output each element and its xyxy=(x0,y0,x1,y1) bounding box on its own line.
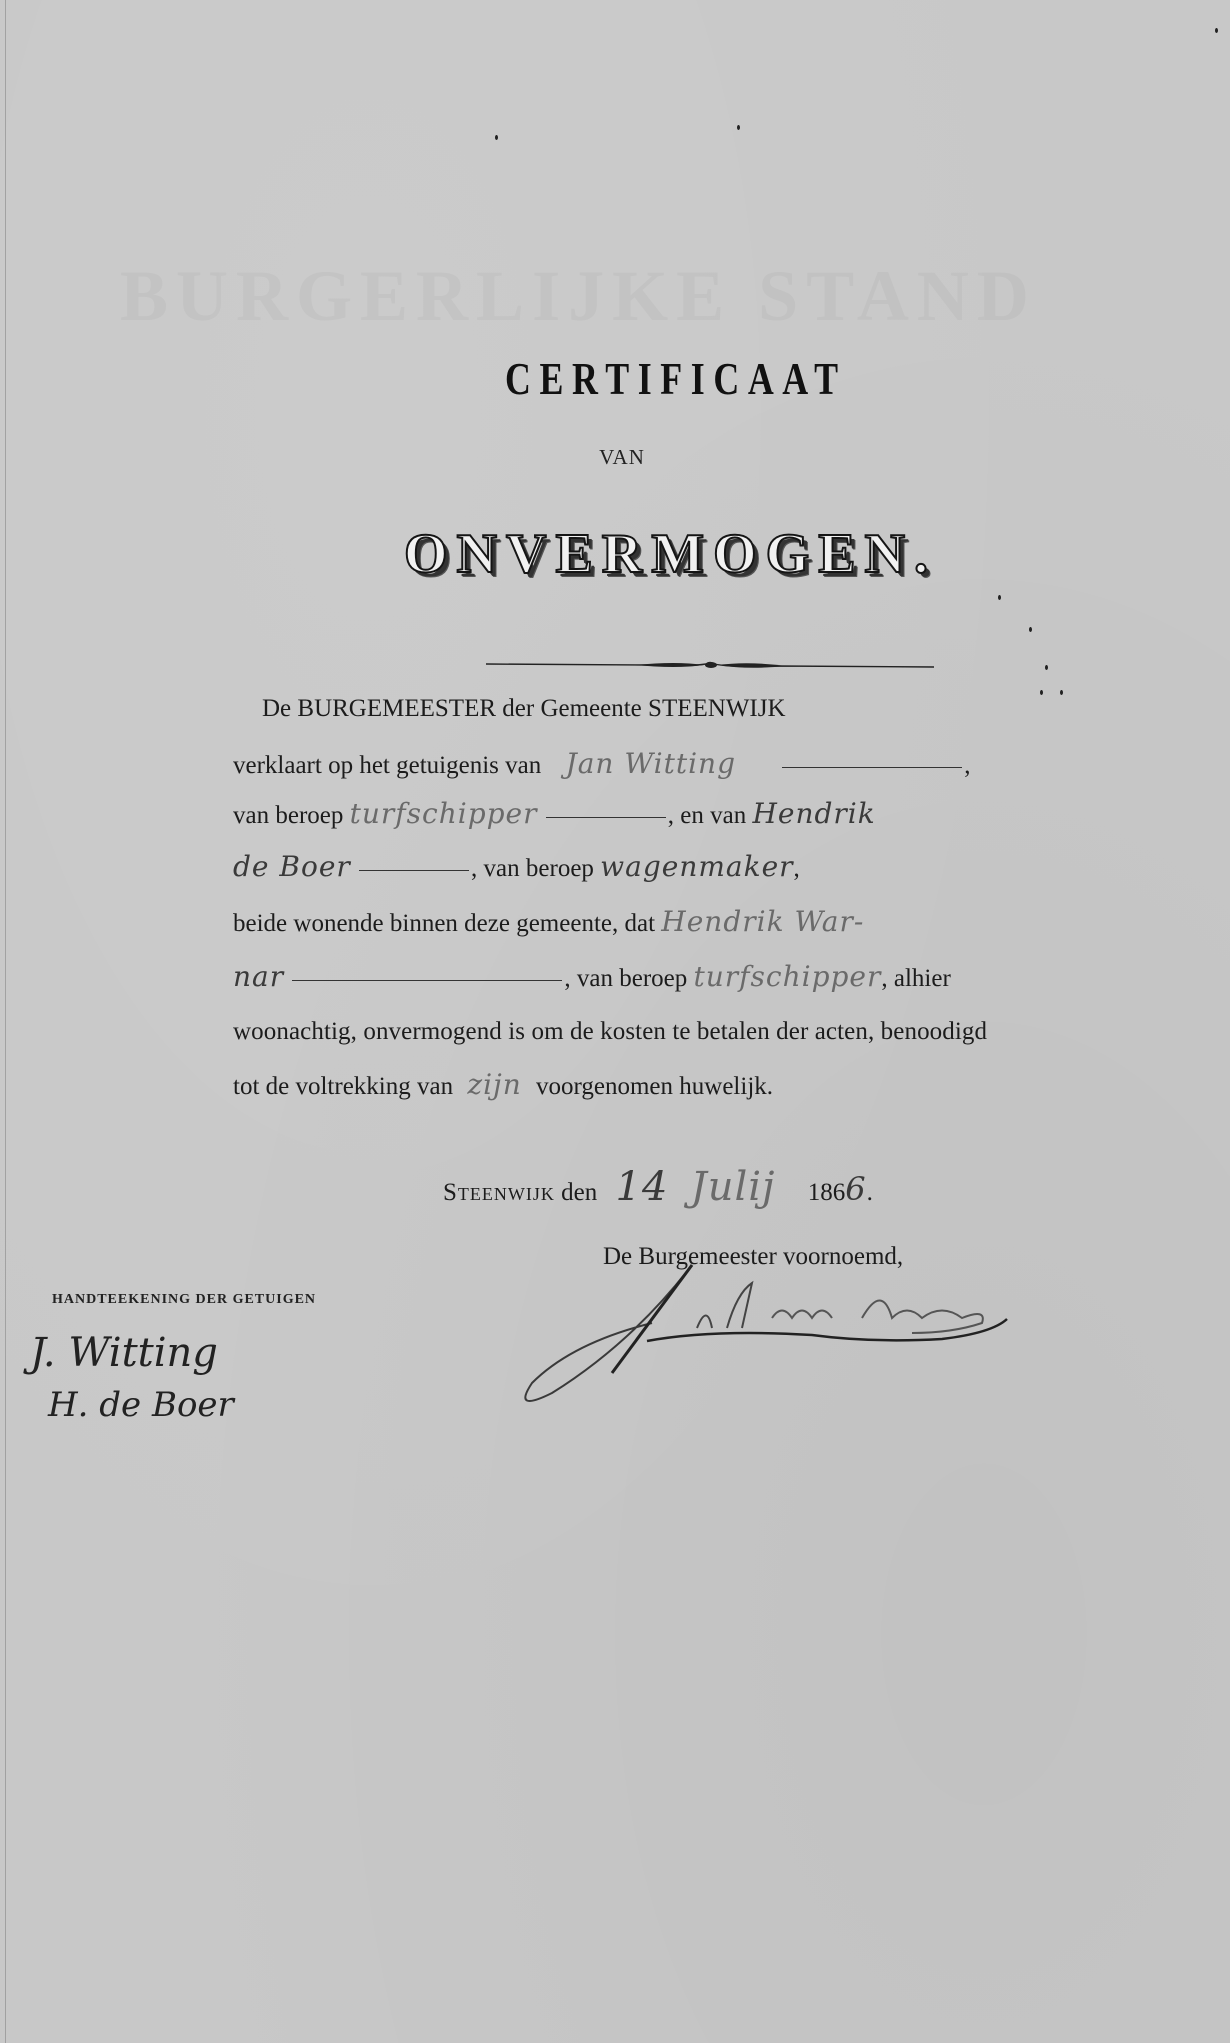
witness2-name-field-part1: Hendrik xyxy=(752,797,875,830)
place-name: Steenwijk xyxy=(443,1179,555,1206)
date-year-digit-field: 6 xyxy=(845,1170,866,1208)
ink-speck xyxy=(1045,665,1048,670)
witness-signature-1: J. Witting xyxy=(30,1330,218,1376)
witness2-name-field-part2: de Boer xyxy=(233,850,351,883)
fill-line xyxy=(782,767,962,768)
ink-speck xyxy=(1215,28,1218,33)
fill-line xyxy=(292,980,562,981)
document-subtitle: ONVERMOGEN. xyxy=(404,522,937,586)
body-line-1: De BURGEMEESTER der Gemeente STEENWIJK xyxy=(262,694,786,724)
mayor-title: BURGEMEESTER xyxy=(297,695,496,722)
bleed-through-text: BURGERLIJKE STAND xyxy=(120,255,1080,338)
ornamental-rule-icon xyxy=(486,658,934,672)
title-connector: VAN xyxy=(0,445,1230,470)
date-month-field: Julij xyxy=(691,1164,776,1210)
pronoun-field: zijn xyxy=(467,1068,521,1101)
body-line-7: woonachtig, onvermogend is om de kosten … xyxy=(233,1017,987,1047)
body-line-2: verklaart op het getuigenis van Jan Witt… xyxy=(233,749,971,781)
body-line-3: van beroep turfschipper , en van Hendrik xyxy=(233,799,876,831)
ink-speck xyxy=(1029,627,1032,632)
ink-speck xyxy=(1040,690,1043,695)
ink-speck xyxy=(1060,690,1063,695)
witness1-occupation-field: turfschipper xyxy=(350,797,538,830)
subject-name-field-part2: nar xyxy=(233,960,284,993)
fill-line xyxy=(359,870,469,871)
witness1-name-field: Jan Witting xyxy=(565,747,736,780)
body-line-5: beide wonende binnen deze gemeente, dat … xyxy=(233,907,864,939)
subject-name-field-part1: Hendrik War- xyxy=(661,905,864,938)
mayor-signature: J. v. Riesen xyxy=(512,1263,1032,1408)
fill-line xyxy=(546,817,666,818)
ink-speck xyxy=(998,595,1001,600)
ink-speck xyxy=(495,135,498,140)
document-title: CERTIFICAAT xyxy=(505,352,847,405)
subject-occupation-field: turfschipper xyxy=(694,960,882,993)
body-line-6: nar , van beroep turfschipper, alhier xyxy=(233,962,951,994)
municipality-name: STEENWIJK xyxy=(648,695,785,722)
dateline: Steenwijk den 14 Julij 1866. xyxy=(443,1172,873,1208)
witnesses-heading: HANDTEEKENING DER GETUIGEN xyxy=(52,1292,316,1308)
date-day-field: 14 xyxy=(616,1164,669,1210)
body-line-4: de Boer , van beroep wagenmaker, xyxy=(233,852,800,884)
ink-speck xyxy=(737,125,740,130)
page-edge-line xyxy=(5,0,6,2043)
witness2-occupation-field: wagenmaker xyxy=(600,850,793,883)
witness-signature-2: H. de Boer xyxy=(48,1385,234,1425)
body-line-8: tot de voltrekking van zijn voorgenomen … xyxy=(233,1070,773,1102)
